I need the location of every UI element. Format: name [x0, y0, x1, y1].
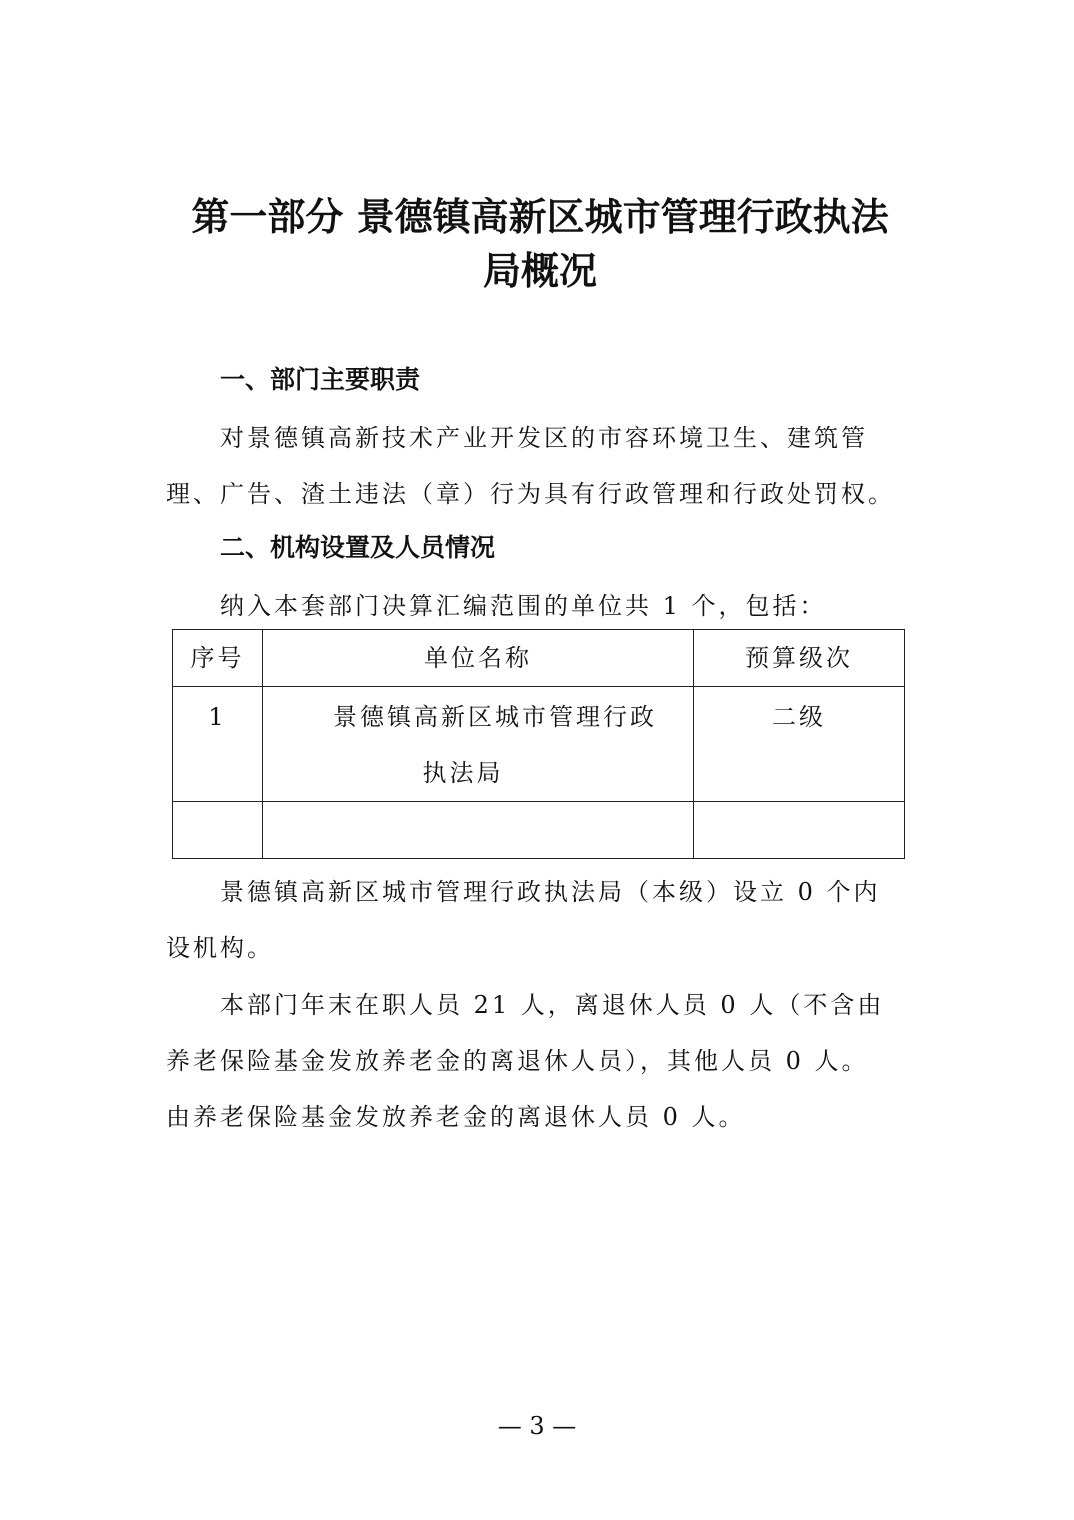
table-header-row: 序号 单位名称 预算级次	[173, 630, 905, 687]
cell-unit-name: 景德镇高新区城市管理行政 执法局	[263, 687, 694, 802]
header-serial-number: 序号	[173, 630, 263, 687]
page-number: — 3 —	[0, 1412, 1074, 1440]
section-heading-responsibilities: 一、部门主要职责	[220, 360, 420, 396]
cell-unit-name	[263, 802, 694, 859]
cell-serial-number	[173, 802, 263, 859]
internal-structure-text-line-2: 设机构。	[166, 928, 916, 963]
unit-name-line-2: 执法局	[263, 747, 693, 799]
cell-budget-level: 二级	[694, 687, 905, 802]
header-budget-level: 预算级次	[694, 630, 905, 687]
staffing-text-line-3: 由养老保险基金发放养老金的离退休人员 0 人。	[166, 1097, 916, 1132]
page-title: 第一部分 景德镇高新区城市管理行政执法 局概况	[160, 190, 920, 298]
internal-structure-text-line-1: 景德镇高新区城市管理行政执法局（本级）设立 0 个内	[166, 872, 970, 907]
section-heading-organization: 二、机构设置及人员情况	[220, 528, 495, 564]
table-row: 1 景德镇高新区城市管理行政 执法局 二级	[173, 687, 905, 802]
page-title-line-1: 第一部分 景德镇高新区城市管理行政执法	[160, 190, 920, 244]
table-row-empty	[173, 802, 905, 859]
responsibilities-text-line-2: 理、广告、渣土违法（章）行为具有行政管理和行政处罚权。	[166, 474, 916, 509]
staffing-text-line-1: 本部门年末在职人员 21 人，离退休人员 0 人（不含由	[166, 985, 970, 1020]
cell-serial-number: 1	[173, 687, 263, 802]
units-table: 序号 单位名称 预算级次 1 景德镇高新区城市管理行政 执法局 二级	[172, 629, 905, 859]
responsibilities-text-line-1: 对景德镇高新技术产业开发区的市容环境卫生、建筑管	[166, 418, 970, 453]
header-unit-name: 单位名称	[263, 630, 694, 687]
units-intro-text: 纳入本套部门决算汇编范围的单位共 1 个，包括：	[166, 586, 970, 621]
staffing-text-line-2: 养老保险基金发放养老金的离退休人员），其他人员 0 人。	[166, 1041, 916, 1076]
unit-name-line-1: 景德镇高新区城市管理行政	[263, 687, 693, 747]
page-title-line-2: 局概况	[160, 244, 920, 298]
cell-budget-level	[694, 802, 905, 859]
